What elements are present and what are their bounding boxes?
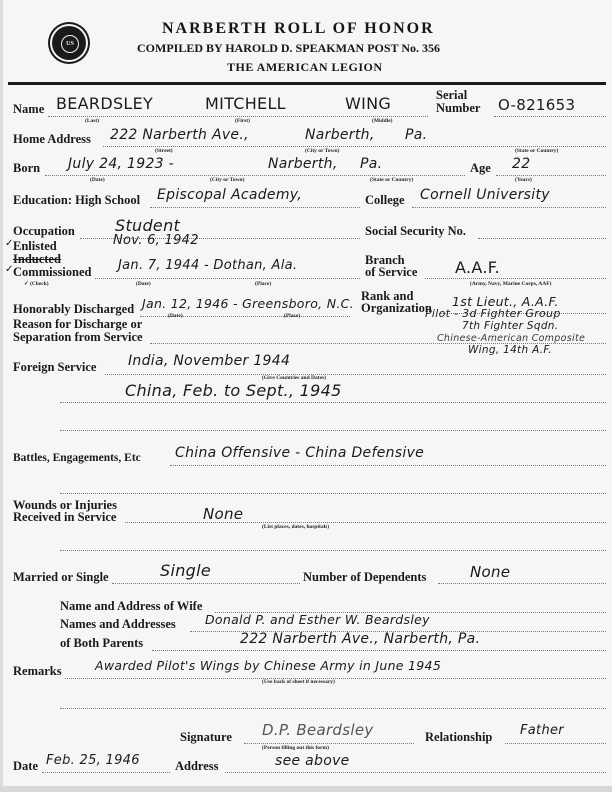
branch-label-line2: of Service — [365, 265, 417, 279]
signature-value[interactable]: D.P. Beardsley — [262, 721, 374, 739]
rank-value-line2[interactable]: Pilot - 3d Fighter Group — [425, 307, 561, 320]
born-city-caption: (City or Town) — [210, 177, 244, 183]
rank-value-line3[interactable]: 7th Fighter Sqdn. — [462, 320, 558, 332]
date-line — [42, 772, 170, 773]
rank-label-line2: Organization — [361, 301, 432, 315]
age-label: Age — [470, 161, 491, 176]
parents-value-line2[interactable]: 222 Narberth Ave., Narberth, Pa. — [240, 631, 480, 647]
name-middle-value[interactable]: WING — [345, 94, 391, 113]
form-organization: THE AMERICAN LEGION — [227, 60, 383, 75]
branch-line — [425, 278, 606, 279]
branch-value[interactable]: A.A.F. — [455, 258, 500, 277]
signature-label: Signature — [180, 730, 232, 745]
check-caption: ✓ (Check) — [24, 281, 49, 287]
wife-label: Name and Address of Wife — [60, 599, 202, 614]
ssn-line — [478, 238, 606, 239]
signature-caption: (Person filling out this form) — [262, 745, 329, 751]
name-middle-caption: (Middle) — [372, 118, 392, 124]
name-last-caption: (Last) — [85, 118, 99, 124]
address-value[interactable]: see above — [275, 753, 350, 769]
born-label: Born — [13, 161, 40, 176]
foreign-service-line2 — [60, 402, 606, 403]
form-title: NARBERTH ROLL OF HONOR — [162, 20, 435, 38]
wounds-line2 — [60, 550, 606, 551]
parents-line2 — [152, 650, 606, 651]
enlisted-date-value[interactable]: Nov. 6, 1942 — [113, 233, 199, 248]
rank-label: Rank and Organization — [361, 290, 432, 314]
foreign-service-value2[interactable]: China, Feb. to Sept., 1945 — [125, 381, 342, 400]
marital-label: Married or Single — [13, 570, 109, 585]
roll-of-honor-form: US NARBERTH ROLL OF HONOR COMPILED BY HA… — [0, 0, 612, 792]
home-address-line — [103, 146, 606, 147]
date-label: Date — [13, 759, 38, 774]
wounds-label: Wounds or Injuries Received in Service — [13, 499, 117, 523]
age-caption: (Years) — [515, 177, 532, 183]
remarks-label: Remarks — [13, 664, 62, 679]
battles-line1 — [170, 465, 606, 466]
name-first-caption: (First) — [235, 118, 250, 124]
remarks-line1 — [65, 678, 606, 679]
date-value[interactable]: Feb. 25, 1946 — [46, 753, 140, 768]
name-line — [48, 116, 428, 117]
name-first-value[interactable]: MITCHELL — [205, 94, 286, 113]
born-date-value[interactable]: July 24, 1923 - — [68, 156, 174, 172]
college-line — [412, 207, 606, 208]
dependents-line — [438, 583, 606, 584]
commissioned-date-caption: (Date) — [136, 281, 151, 287]
rank-value-line4[interactable]: Chinese-American Composite — [437, 333, 585, 344]
home-state-value[interactable]: Pa. — [405, 127, 427, 143]
parents-label-line1: Names and Addresses — [60, 617, 176, 632]
commissioned-label: Commissioned — [13, 265, 91, 280]
education-label: Education: High School — [13, 193, 140, 208]
parents-value-line1[interactable]: Donald P. and Esther W. Beardsley — [205, 612, 430, 627]
wounds-caption: (List places, dates, hospitals) — [262, 524, 329, 530]
born-state-caption: (State or Country) — [370, 177, 413, 183]
reason-label-line2: Separation from Service — [13, 330, 143, 344]
battles-label: Battles, Engagements, Etc — [13, 452, 141, 464]
branch-label: Branch of Service — [365, 254, 417, 278]
serial-label: Serial Number — [436, 89, 480, 115]
foreign-service-line3 — [60, 430, 606, 431]
serial-number-value[interactable]: O-821653 — [498, 96, 575, 114]
dependents-label: Number of Dependents — [303, 570, 426, 585]
relationship-label: Relationship — [425, 730, 492, 745]
scan-edge-bottom — [0, 786, 612, 792]
age-line — [496, 175, 606, 176]
remarks-value[interactable]: Awarded Pilot's Wings by Chinese Army in… — [95, 658, 441, 673]
form-subtitle: COMPILED BY HAROLD D. SPEAKMAN POST No. … — [137, 41, 440, 56]
serial-label-line2: Number — [436, 101, 480, 115]
rank-value-line5[interactable]: Wing, 14th A.F. — [468, 344, 552, 356]
remarks-line2 — [60, 708, 606, 709]
header-rule — [8, 82, 606, 85]
address-line — [225, 772, 606, 773]
reason-label-line1: Reason for Discharge or — [13, 317, 142, 331]
born-line — [45, 175, 465, 176]
parents-label-line2: of Both Parents — [60, 636, 143, 651]
discharge-reason-label: Reason for Discharge or Separation from … — [13, 318, 143, 344]
marital-value[interactable]: Single — [160, 561, 211, 580]
relationship-value[interactable]: Father — [520, 723, 564, 738]
scan-edge-left — [0, 0, 3, 792]
age-value[interactable]: 22 — [512, 156, 530, 172]
wounds-value[interactable]: None — [203, 505, 243, 523]
discharge-place-caption: (Place) — [284, 313, 300, 319]
born-city-value[interactable]: Narberth, — [268, 156, 338, 172]
signature-line — [244, 743, 414, 744]
commissioned-place-caption: (Place) — [255, 281, 271, 287]
emblem-center: US — [61, 35, 79, 53]
relationship-line — [505, 743, 606, 744]
high-school-value[interactable]: Episcopal Academy, — [157, 187, 302, 203]
marital-line — [112, 583, 300, 584]
home-city-caption: (City or Town) — [305, 148, 339, 154]
home-address-label: Home Address — [13, 132, 91, 147]
home-city-value[interactable]: Narberth, — [305, 127, 375, 143]
commissioned-line — [95, 278, 360, 279]
name-last-value[interactable]: BEARDSLEY — [56, 94, 153, 113]
ssn-label: Social Security No. — [365, 224, 466, 239]
home-street-caption: (Street) — [155, 148, 173, 154]
discharge-date-caption: (Date) — [168, 313, 183, 319]
high-school-line — [150, 207, 360, 208]
college-label: College — [365, 193, 405, 208]
born-state-value[interactable]: Pa. — [360, 156, 382, 172]
battles-value[interactable]: China Offensive - China Defensive — [175, 445, 424, 461]
foreign-service-line1 — [105, 374, 606, 375]
college-value[interactable]: Cornell University — [420, 187, 550, 203]
home-street-value[interactable]: 222 Narberth Ave., — [110, 127, 249, 143]
address-label: Address — [175, 759, 219, 774]
wounds-line1 — [125, 522, 606, 523]
born-date-caption: (Date) — [90, 177, 105, 183]
foreign-service-value1[interactable]: India, November 1944 — [128, 353, 290, 369]
branch-caption: (Army, Navy, Marine Corps, AAF) — [470, 281, 551, 287]
remarks-caption: (Use back of sheet if necessary) — [262, 679, 335, 685]
dependents-value[interactable]: None — [470, 563, 510, 581]
american-legion-emblem-icon: US — [52, 26, 86, 60]
occupation-label: Occupation — [13, 224, 75, 239]
serial-line — [494, 116, 606, 117]
home-state-caption: (State or Country) — [515, 148, 558, 154]
wounds-label-line2: Received in Service — [13, 510, 116, 524]
discharge-value[interactable]: Jan. 12, 1946 - Greensboro, N.C. — [142, 296, 354, 311]
name-label: Name — [13, 102, 44, 117]
foreign-service-label: Foreign Service — [13, 360, 96, 375]
serial-label-line1: Serial — [436, 88, 467, 102]
commissioned-value[interactable]: Jan. 7, 1944 - Dothan, Ala. — [118, 258, 297, 273]
battles-line2 — [60, 493, 606, 494]
discharge-label: Honorably Discharged — [13, 302, 134, 317]
